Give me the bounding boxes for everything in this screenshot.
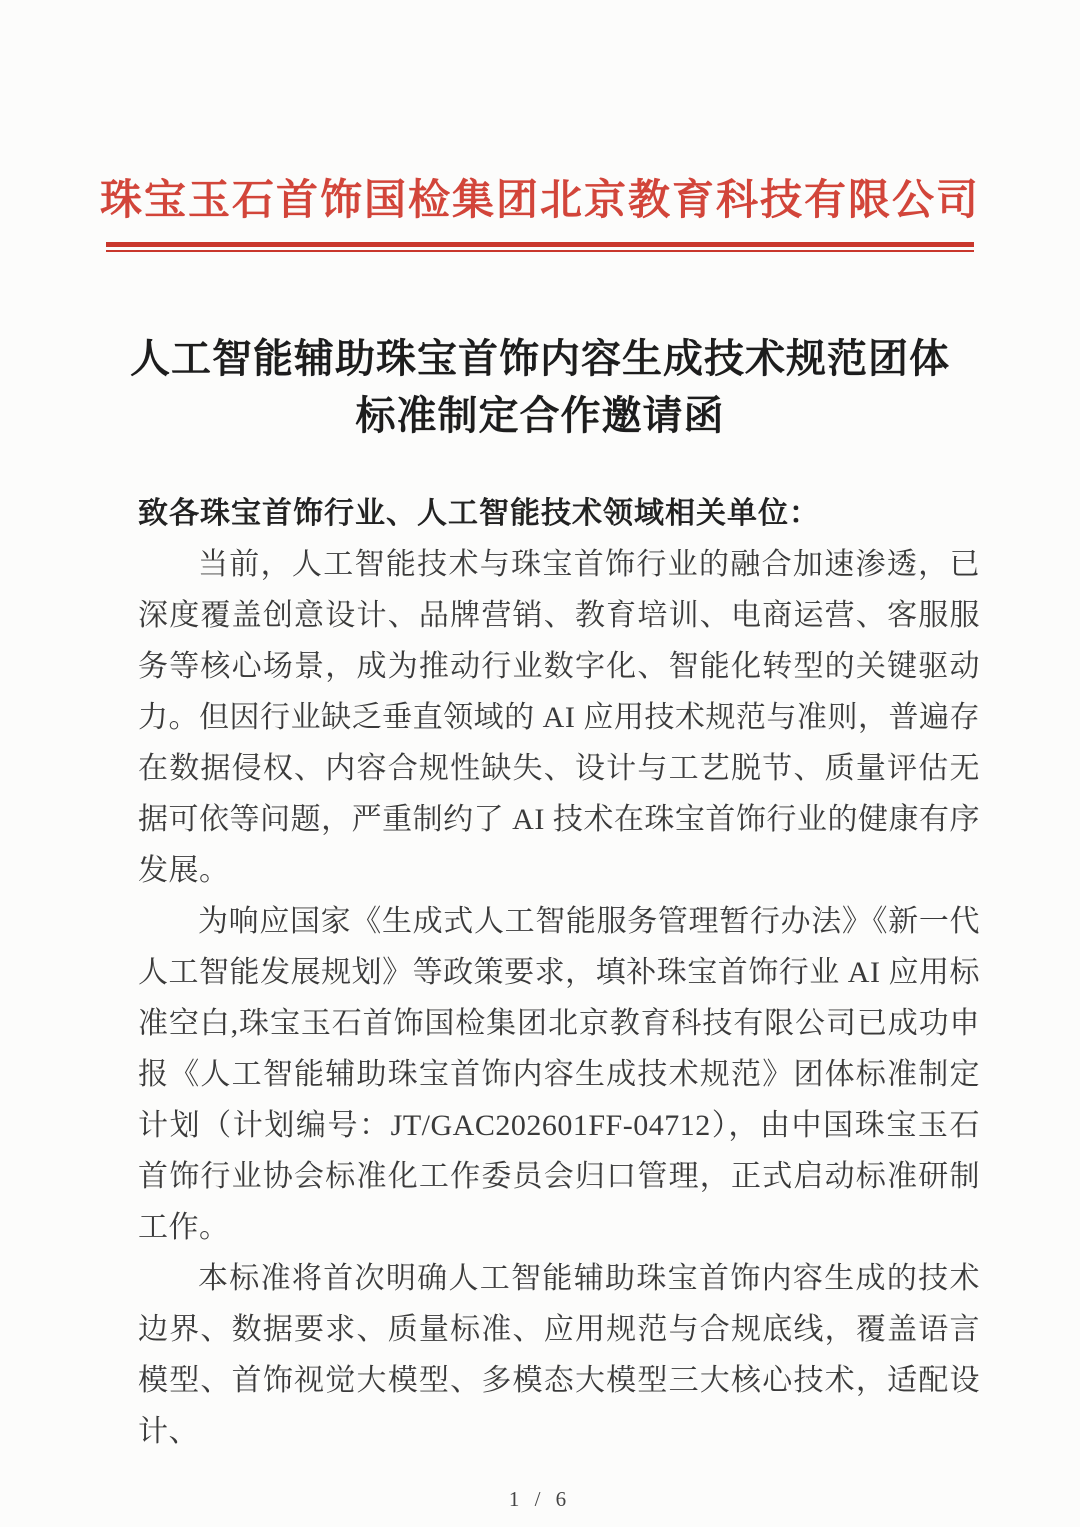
page-number: 1 / 6 — [0, 1487, 1080, 1512]
salutation: 致各珠宝首饰行业、人工智能技术领域相关单位： — [138, 488, 980, 539]
document-page: 珠宝玉石首饰国检集团北京教育科技有限公司 人工智能辅助珠宝首饰内容生成技术规范团… — [0, 0, 1080, 1527]
letterhead-company-name: 珠宝玉石首饰国检集团北京教育科技有限公司 — [0, 0, 1080, 228]
body-paragraph-1: 当前，人工智能技术与珠宝首饰行业的融合加速渗透，已深度覆盖创意设计、品牌营销、教… — [138, 539, 980, 896]
letterhead-divider-thick-line — [106, 242, 974, 247]
document-title: 人工智能辅助珠宝首饰内容生成技术规范团体标准制定合作邀请函 — [112, 330, 968, 444]
letterhead-divider-thin-line — [106, 250, 974, 252]
body-paragraph-2: 为响应国家《生成式人工智能服务管理暂行办法》《新一代人工智能发展规划》等政策要求… — [138, 896, 980, 1253]
body-paragraph-3: 本标准将首次明确人工智能辅助珠宝首饰内容生成的技术边界、数据要求、质量标准、应用… — [138, 1253, 980, 1457]
document-body: 致各珠宝首饰行业、人工智能技术领域相关单位： 当前，人工智能技术与珠宝首饰行业的… — [138, 488, 980, 1457]
letterhead-divider — [106, 242, 974, 252]
letterhead: 珠宝玉石首饰国检集团北京教育科技有限公司 — [0, 0, 1080, 252]
